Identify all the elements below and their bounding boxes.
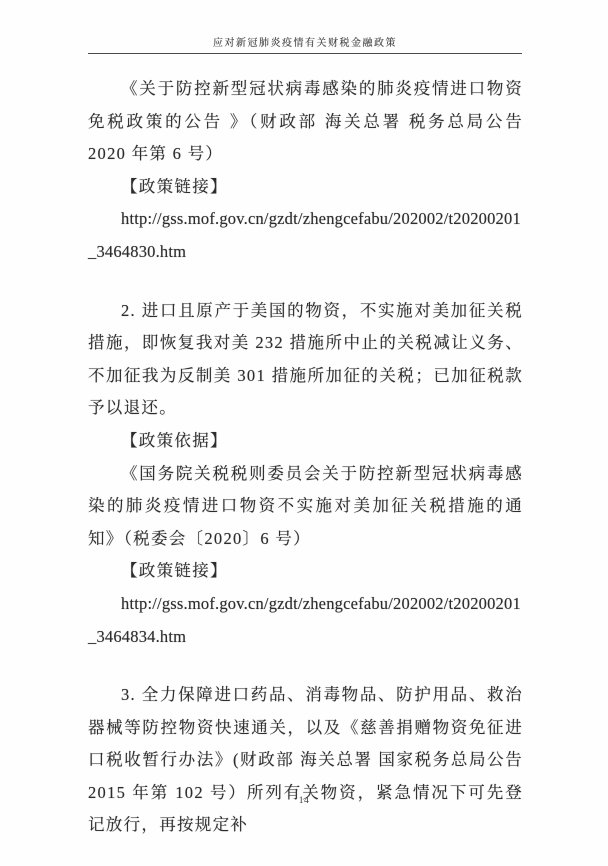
policy-link-url-2: http://gss.mof.gov.cn/gzdt/zhengcefabu/2… xyxy=(88,588,523,653)
policy-link-label-2: 【政策链接】 xyxy=(88,555,523,588)
paragraph-3: 3. 全力保障进口药品、消毒物品、防护用品、救治器械等防控物资快速通关，以及《慈… xyxy=(88,679,523,842)
policy-link-label-1: 【政策链接】 xyxy=(88,171,523,204)
policy-link-url-1: http://gss.mof.gov.cn/gzdt/zhengcefabu/2… xyxy=(88,203,523,268)
header-divider xyxy=(88,53,522,54)
page-number: 14 xyxy=(299,796,310,806)
running-header-title: 应对新冠肺炎疫情有关财税金融政策 xyxy=(88,34,522,49)
paragraph-2: 2. 进口且原产于美国的物资，不实施对美加征关税措施，即恢复我对美 232 措施… xyxy=(88,295,523,425)
page-footer: 14 xyxy=(0,790,608,808)
doc2-title: 《国务院关税税则委员会关于防控新型冠状病毒感染的肺炎疫情进口物资不实施对美加征关… xyxy=(88,458,523,556)
page-header: 应对新冠肺炎疫情有关财税金融政策 xyxy=(88,34,522,62)
policy-basis-label: 【政策依据】 xyxy=(88,425,523,458)
document-body: 《关于防控新型冠状病毒感染的肺炎疫情进口物资免税政策的公告 》（财政部 海关总署… xyxy=(88,73,523,842)
doc1-title: 《关于防控新型冠状病毒感染的肺炎疫情进口物资免税政策的公告 》（财政部 海关总署… xyxy=(88,73,523,171)
document-page: 应对新冠肺炎疫情有关财税金融政策 《关于防控新型冠状病毒感染的肺炎疫情进口物资免… xyxy=(0,0,608,866)
